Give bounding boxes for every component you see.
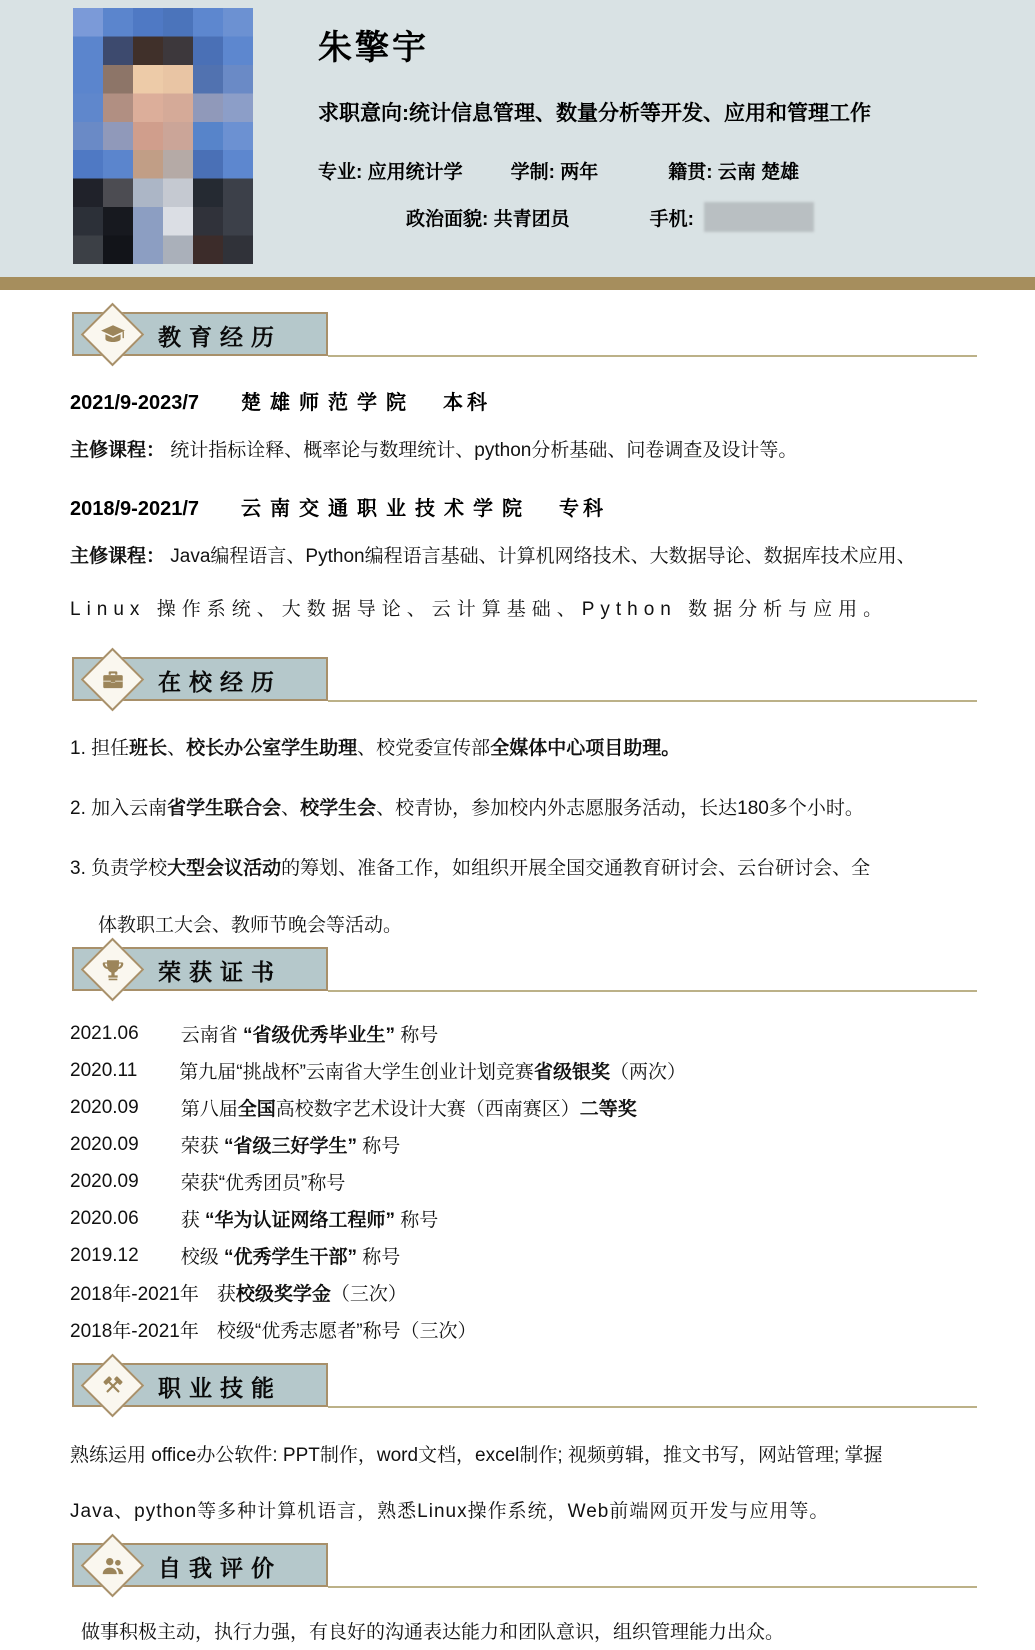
award-date: 2020.06 (70, 1208, 139, 1230)
section-rule-line (328, 1406, 977, 1408)
resume-page: 朱擎宇 求职意向:统计信息管理、数量分析等开发、应用和管理工作 专业: 应用统计… (0, 0, 1035, 1650)
award-date: 2019.12 (70, 1245, 139, 1267)
courses-text: 统计指标诠释、概率论与数理统计、python分析基础、问卷调查及设计等。 (170, 440, 797, 461)
education-courses-1: 主修课程： 统计指标诠释、概率论与数理统计、python分析基础、问卷调查及设计… (70, 435, 977, 462)
award-text: 获校级奖学金（三次） (217, 1279, 407, 1306)
skills-line-2: Java、python等多种计算机语言，熟悉Linux操作系统，Web前端网页开… (70, 1496, 977, 1523)
courses-label: 主修课程： (70, 546, 165, 567)
award-row: 2020.11第九届“挑战杯”云南省大学生创业计划竞赛省级银奖（两次） (70, 1052, 977, 1089)
crossed-hammers-icon (100, 1373, 126, 1399)
award-text: 荣获“优秀团员”称号 (181, 1168, 346, 1195)
section-title-awards: 荣获证书 (158, 954, 282, 987)
skills-line-1: 熟练运用 office办公软件: PPT制作，word文档，excel制作; 视… (70, 1440, 977, 1467)
major-field: 专业: 应用统计学 (318, 157, 463, 184)
section-header-awards: 荣获证书 (70, 941, 977, 997)
section-rule-line (328, 990, 977, 992)
award-text: 云南省 “省级优秀毕业生” 称号 (181, 1020, 439, 1047)
award-row: 2020.06获 “华为认证网络工程师” 称号 (70, 1200, 977, 1237)
award-date: 2020.09 (70, 1097, 139, 1119)
section-title-education: 教育经历 (158, 319, 282, 352)
award-text: 第九届“挑战杯”云南省大学生创业计划竞赛省级银奖（两次） (179, 1057, 686, 1084)
award-date: 2018年-2021年 (70, 1316, 199, 1343)
section-rule-line (328, 355, 977, 357)
section-header-selfeval: 自我评价 (70, 1537, 977, 1593)
award-text: 荣获 “省级三好学生” 称号 (181, 1131, 401, 1158)
education-degree: 本科 (443, 386, 491, 415)
award-date: 2020.09 (70, 1134, 139, 1156)
education-courses-2: 主修课程： Java编程语言、Python编程语言基础、计算机网络技术、大数据导… (70, 541, 977, 568)
award-text: 第八届全国高校数字艺术设计大赛（西南赛区）二等奖 (181, 1094, 637, 1121)
section-title-experience: 在校经历 (158, 664, 282, 697)
people-icon (100, 1553, 126, 1579)
education-period: 2018/9-2021/7 (70, 498, 199, 521)
info-row-2: 政治面貌: 共青团员 手机: (406, 202, 1005, 232)
selfeval-text: 做事积极主动，执行力强，有良好的沟通表达能力和团队意识，组织管理能力出众。 (70, 1617, 977, 1644)
awards-list: 2021.06云南省 “省级优秀毕业生” 称号 2020.11第九届“挑战杯”云… (70, 1015, 977, 1348)
experience-item-3-cont: 体教职工大会、教师节晚会等活动。 (70, 910, 977, 937)
award-row: 2020.09荣获“优秀团员”称号 (70, 1163, 977, 1200)
award-text: 获 “华为认证网络工程师” 称号 (181, 1205, 439, 1232)
section-title-selfeval: 自我评价 (158, 1550, 282, 1583)
duration-field: 学制: 两年 (511, 157, 599, 184)
section-title-skills: 职业技能 (158, 1370, 282, 1403)
award-row: 2021.06云南省 “省级优秀毕业生” 称号 (70, 1015, 977, 1052)
section-rule-line (328, 700, 977, 702)
job-objective: 求职意向:统计信息管理、数量分析等开发、应用和管理工作 (318, 97, 1005, 127)
courses-label: 主修课程： (70, 440, 165, 461)
phone-number-masked (704, 202, 814, 232)
graduation-cap-icon (100, 322, 126, 348)
award-date: 2021.06 (70, 1023, 139, 1045)
award-row: 2020.09荣获 “省级三好学生” 称号 (70, 1126, 977, 1163)
award-date: 2020.09 (70, 1171, 139, 1193)
education-entry-1: 2021/9-2023/7 楚雄师范学院 本科 (70, 386, 977, 415)
info-row-1: 专业: 应用统计学 学制: 两年 籍贯: 云南 楚雄 (318, 157, 1005, 184)
award-row: 2020.09第八届全国高校数字艺术设计大赛（西南赛区）二等奖 (70, 1089, 977, 1126)
section-rule-line (328, 1586, 977, 1588)
award-date: 2018年-2021年 (70, 1279, 199, 1306)
candidate-name: 朱擎宇 (318, 20, 1005, 69)
trophy-icon (100, 957, 126, 983)
education-degree: 专科 (559, 492, 607, 521)
profile-photo (73, 8, 253, 264)
education-school: 云南交通职业技术学院 (241, 492, 531, 521)
education-period: 2021/9-2023/7 (70, 392, 199, 415)
header-divider (0, 277, 1035, 290)
header: 朱擎宇 求职意向:统计信息管理、数量分析等开发、应用和管理工作 专业: 应用统计… (0, 0, 1035, 277)
award-row: 2018年-2021年获校级奖学金（三次） (70, 1274, 977, 1311)
phone-field: 手机: (650, 202, 814, 232)
experience-item-3: 3. 负责学校大型会议活动的筹划、准备工作，如组织开展全国交通教育研讨会、云台研… (70, 853, 977, 880)
experience-item-1: 1. 担任班长、校长办公室学生助理、校党委宣传部全媒体中心项目助理。 (70, 733, 977, 760)
resume-body: 教育经历 2021/9-2023/7 楚雄师范学院 本科 主修课程： 统计指标诠… (0, 306, 1035, 1644)
education-school: 楚雄师范学院 (241, 386, 415, 415)
award-text: 校级 “优秀学生干部” 称号 (181, 1242, 401, 1269)
award-text: 校级“优秀志愿者”称号（三次） (217, 1316, 477, 1343)
political-status-field: 政治面貌: 共青团员 (406, 204, 570, 231)
hometown-field: 籍贯: 云南 楚雄 (668, 157, 799, 184)
award-row: 2018年-2021年校级“优秀志愿者”称号（三次） (70, 1311, 977, 1348)
section-header-experience: 在校经历 (70, 651, 977, 707)
courses-text: Java编程语言、Python编程语言基础、计算机网络技术、大数据导论、数据库技… (170, 546, 915, 567)
award-date: 2020.11 (70, 1060, 137, 1082)
section-header-skills: 职业技能 (70, 1357, 977, 1413)
experience-item-2: 2. 加入云南省学生联合会、校学生会、校青协，参加校内外志愿服务活动，长达180… (70, 793, 977, 820)
header-text: 朱擎宇 求职意向:统计信息管理、数量分析等开发、应用和管理工作 专业: 应用统计… (318, 20, 1005, 232)
education-courses-2-cont: Linux 操作系统、大数据导论、云计算基础、Python 数据分析与应用。 (70, 594, 977, 621)
education-entry-2: 2018/9-2021/7 云南交通职业技术学院 专科 (70, 492, 977, 521)
briefcase-icon (100, 667, 126, 693)
section-header-education: 教育经历 (70, 306, 977, 362)
phone-label: 手机: (650, 204, 694, 231)
award-row: 2019.12校级 “优秀学生干部” 称号 (70, 1237, 977, 1274)
